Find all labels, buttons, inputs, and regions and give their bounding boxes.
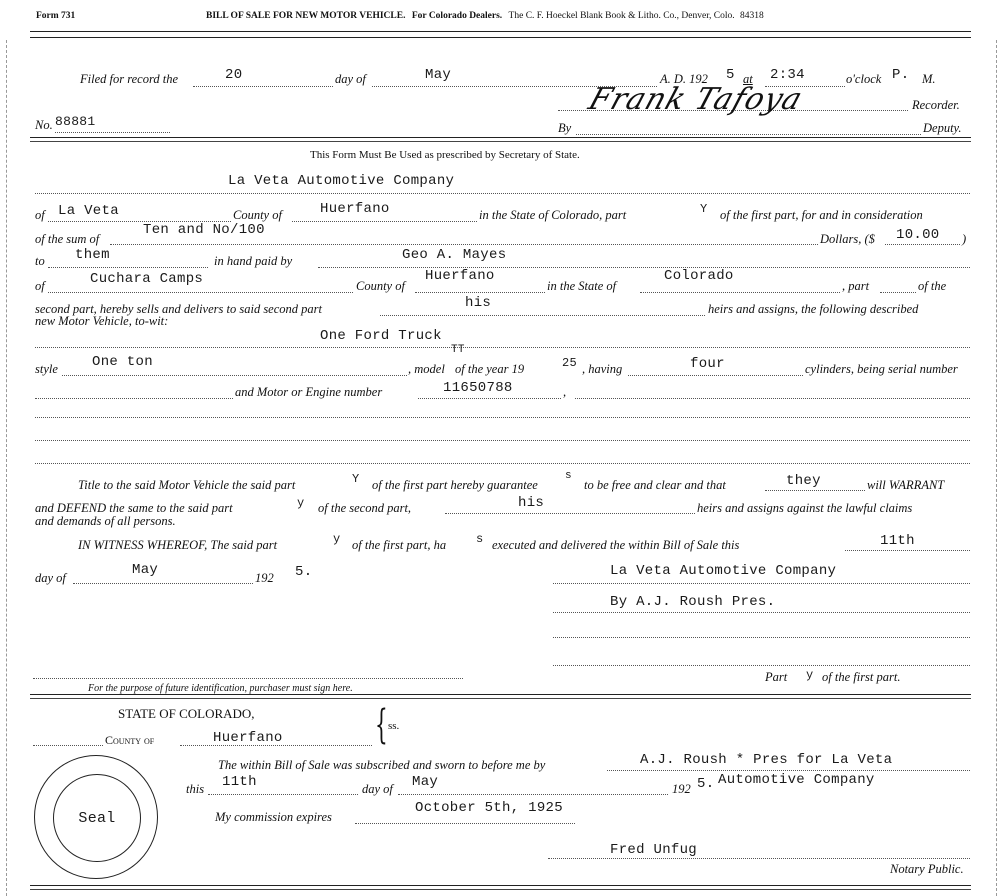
buyer-county-line — [415, 292, 545, 293]
warranty-part1: Y — [352, 472, 360, 486]
warranty-line3: and demands of all persons. — [35, 514, 176, 529]
number-label: No. — [35, 118, 53, 133]
witness-year-label: 192 — [255, 571, 274, 586]
signing-blank-line-2 — [553, 665, 970, 666]
vehicle-description: One Ford Truck — [320, 328, 442, 344]
header-rule-2 — [30, 37, 971, 38]
day-of-label: day of — [335, 72, 366, 87]
warranty-pronoun-line — [445, 513, 695, 514]
warranty-part2: y — [297, 496, 305, 510]
buyer-pronoun: his — [465, 295, 491, 311]
filed-label: Filed for record the — [80, 72, 178, 87]
warranty-line1-d: will WARRANT — [867, 478, 944, 493]
form-title-text: BILL OF SALE FOR NEW MOTOR VEHICLE. — [206, 11, 405, 21]
seller-county-line — [292, 221, 477, 222]
buyer-county: Huerfano — [425, 268, 495, 284]
dollars-close: ) — [962, 232, 966, 247]
form-notice: This Form Must Be Used as prescribed by … — [310, 149, 580, 161]
vehicle-description-line — [35, 347, 970, 348]
purchaser-signature-line[interactable] — [33, 678, 463, 679]
blank-line-1 — [35, 417, 970, 418]
notary-county-line — [180, 745, 372, 746]
sum-label: of the sum of — [35, 232, 99, 247]
vehicle-intro: new Motor Vehicle, to-wit: — [35, 314, 168, 329]
deputy-line — [576, 134, 921, 135]
buyer-part-label: , part — [842, 279, 869, 294]
buyer-city-line — [48, 292, 353, 293]
dollars-label: Dollars, ($ — [820, 232, 875, 247]
sworn-label: The within Bill of Sale was subscribed a… — [218, 758, 545, 773]
notary-month-line — [398, 794, 668, 795]
publisher-code: 84318 — [740, 11, 764, 21]
ss-label: ss. — [388, 720, 399, 732]
engine-number-line — [418, 398, 561, 399]
filed-day-line — [193, 86, 333, 87]
warranty-line1-a: Title to the said Motor Vehicle the said… — [78, 478, 295, 493]
record-rule — [30, 137, 971, 142]
vehicle-cylinders: four — [690, 356, 725, 372]
sworn-by-line1: A.J. Roush * Pres for La Veta — [640, 752, 892, 768]
witness-rule — [30, 694, 971, 699]
warranty-line1-b: of the first part hereby guarantee — [372, 478, 538, 493]
style-label: style — [35, 362, 58, 377]
engine-label: and Motor or Engine number — [235, 385, 382, 400]
notary-day-line — [208, 794, 358, 795]
form-number: Form 731 — [36, 11, 75, 21]
sum-words: Ten and No/100 — [143, 222, 265, 238]
warranty-pronoun: his — [518, 495, 544, 511]
seller-state-clause-a: in the State of Colorado, part — [479, 208, 626, 223]
serial-line — [35, 398, 233, 399]
buyer-of-the-label: of the — [918, 279, 946, 294]
blank-line-3 — [35, 463, 970, 464]
buyer-pronoun-line — [380, 315, 705, 316]
vehicle-year: 25 — [562, 356, 577, 370]
notary-county-label: County of — [105, 733, 154, 748]
seller-county-label: County of — [233, 208, 282, 223]
notary-day-of-label: day of — [362, 782, 393, 797]
witness-part: y — [333, 532, 341, 546]
page-edge-left — [6, 40, 7, 896]
to-label: to — [35, 254, 45, 269]
warranty-they: they — [786, 473, 821, 489]
sum-amount: 10.00 — [896, 227, 940, 243]
notary-year-label: 192 — [672, 782, 691, 797]
commission-line — [355, 823, 575, 824]
sum-words-line — [110, 244, 818, 245]
buyer-state-label: in the State of — [547, 279, 616, 294]
notary-state: STATE OF COLORADO, — [118, 706, 255, 722]
notary-this-label: this — [186, 782, 204, 797]
seller-state-clause-b: of the first part, for and in considerat… — [720, 208, 923, 223]
filed-time: 2:34 — [770, 67, 805, 83]
guarantee-suffix: s — [565, 470, 572, 482]
commission-label: My commission expires — [215, 810, 332, 825]
blank-line-2 — [35, 440, 970, 441]
seller-of-label: of — [35, 208, 45, 223]
notary-county: Huerfano — [213, 730, 283, 746]
engine-comma: , — [563, 385, 566, 400]
signing-blank-line-1 — [553, 637, 970, 638]
warranty-line2-b: of the second part, — [318, 501, 411, 516]
sum-amount-line — [885, 244, 960, 245]
witness-month: May — [132, 562, 158, 578]
deputy-label: Deputy. — [923, 121, 962, 136]
witness-year-digit: 5. — [295, 564, 312, 580]
seller-county: Huerfano — [320, 201, 390, 217]
notary-name: Fred Unfug — [610, 842, 697, 858]
buyer-of-label: of — [35, 279, 45, 294]
form-subtitle: For Colorado Dealers. — [412, 11, 502, 21]
signing-company: La Veta Automotive Company — [610, 563, 836, 579]
publisher: The C. F. Hoeckel Blank Book & Litho. Co… — [509, 11, 735, 21]
style-line — [62, 375, 407, 376]
notary-year-digit: 5. — [697, 776, 714, 792]
witness-line-c: executed and delivered the within Bill o… — [492, 538, 739, 553]
record-number: 88881 — [55, 114, 96, 129]
year-label: of the year 19 — [455, 362, 524, 377]
page-edge-right — [996, 40, 997, 896]
model-annotation: TT — [451, 344, 465, 356]
they-line — [765, 490, 865, 491]
oclock-label: o'clock — [846, 72, 881, 87]
buyer-state: Colorado — [664, 268, 734, 284]
number-line — [55, 132, 170, 133]
recorder-label: Recorder. — [912, 98, 960, 113]
notary-seal: Seal — [34, 755, 158, 879]
notary-label: Notary Public. — [890, 862, 964, 877]
vehicle-style: One ton — [92, 354, 153, 370]
seller-part-suffix: Y — [700, 202, 708, 216]
sworn-by-line2: Automotive Company — [718, 772, 875, 788]
buyer-heirs-clause: heirs and assigns, the following describ… — [708, 302, 918, 317]
warranty-line1-c: to be free and clear and that — [584, 478, 726, 493]
cylinders-label: cylinders, being serial number — [805, 362, 958, 377]
witness-month-line — [73, 583, 253, 584]
engine-trailing-line — [575, 398, 970, 399]
buyer-name-line — [318, 267, 970, 268]
signing-company-line — [553, 583, 970, 584]
to-value: them — [75, 247, 110, 263]
recorder-signature: Frank Tafoya — [584, 82, 807, 117]
model-label: , model — [408, 362, 445, 377]
notary-month: May — [412, 774, 438, 790]
purchaser-note: For the purpose of future identification… — [88, 683, 353, 694]
header-rule — [30, 31, 971, 32]
seal-label: Seal — [78, 810, 115, 827]
notary-seal-inner: Seal — [53, 774, 141, 862]
buyer-state-line — [640, 292, 840, 293]
signing-by-line: By A.J. Roush Pres. — [610, 594, 775, 610]
cylinders-line — [628, 375, 803, 376]
witness-line-a: IN WITNESS WHEREOF, The said part — [78, 538, 277, 553]
witness-day: 11th — [880, 533, 915, 549]
witness-day-line — [845, 550, 970, 551]
m-label: M. — [922, 72, 936, 87]
notary-signature-line — [548, 858, 970, 859]
filed-day: 20 — [225, 67, 242, 83]
form-title: BILL OF SALE FOR NEW MOTOR VEHICLE. For … — [206, 11, 764, 21]
buyer-city: Cuchara Camps — [90, 271, 203, 287]
seller-name-line — [35, 193, 970, 194]
notary-county-lead-line — [33, 745, 103, 746]
witness-line-b: of the first part, ha — [352, 538, 446, 553]
party-suffix: y — [806, 668, 814, 682]
to-line — [48, 267, 208, 268]
sworn-by-line — [607, 770, 970, 771]
party-label-a: Part — [765, 670, 787, 685]
warranty-line2-c: heirs and assigns against the lawful cla… — [697, 501, 912, 516]
filed-month: May — [425, 67, 451, 83]
buyer-name: Geo A. Mayes — [402, 247, 506, 263]
commission-date: October 5th, 1925 — [415, 800, 563, 816]
seller-city: La Veta — [58, 203, 119, 219]
witness-day-of-label: day of — [35, 571, 66, 586]
engine-number: 11650788 — [443, 380, 513, 396]
seller-name: La Veta Automotive Company — [228, 173, 454, 189]
having-label: , having — [582, 362, 622, 377]
signing-by-line-rule — [553, 612, 970, 613]
brace: { — [375, 705, 388, 745]
footer-rule — [30, 885, 971, 890]
notary-day: 11th — [222, 774, 257, 790]
ha-suffix: s — [476, 532, 484, 546]
buyer-part-line — [880, 292, 916, 293]
party-label-b: of the first part. — [822, 670, 900, 685]
buyer-county-label: County of — [356, 279, 405, 294]
filed-year-digit: 5 — [726, 67, 735, 83]
paid-by-label: in hand paid by — [214, 254, 292, 269]
by-label: By — [558, 121, 571, 136]
meridiem: P. — [892, 67, 909, 83]
